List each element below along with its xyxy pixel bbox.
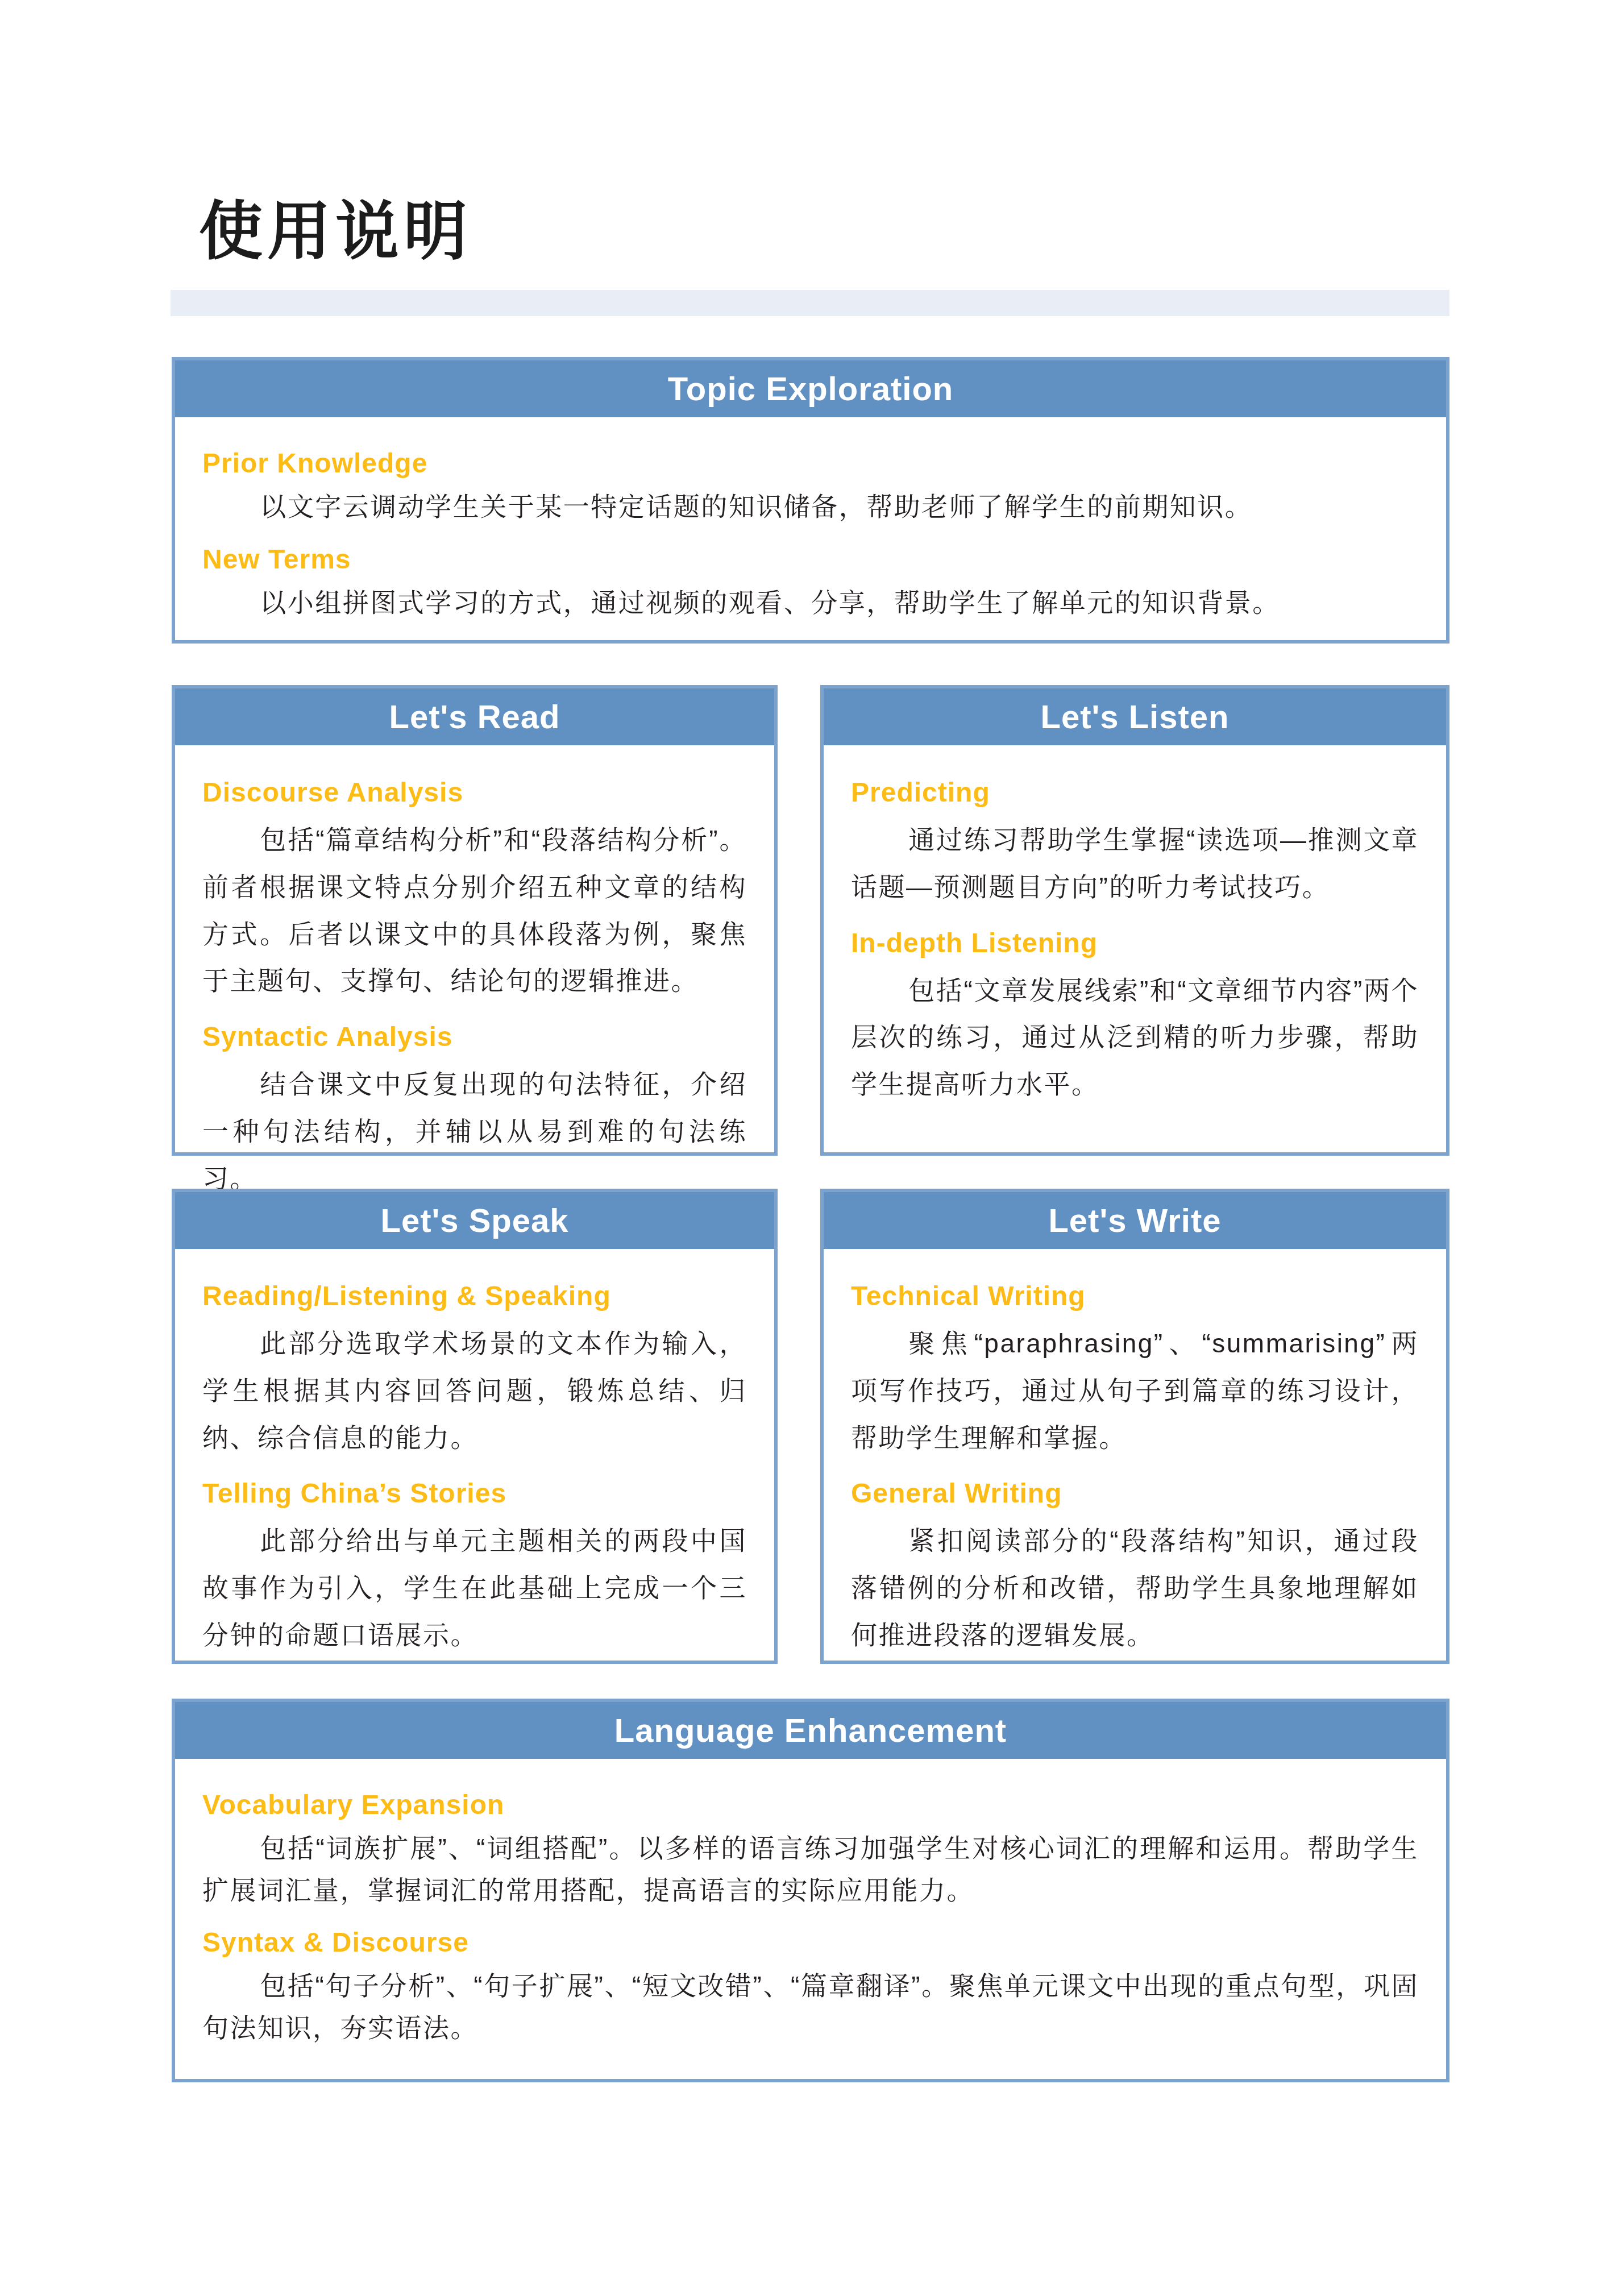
- subsection-heading: Syntax & Discourse: [202, 1927, 1419, 1958]
- subsection-heading: Predicting: [851, 777, 1419, 808]
- subsection-paragraph: 此部分选取学术场景的文本作为输入，学生根据其内容回答问题，锻炼总结、归纳、综合信…: [202, 1320, 747, 1461]
- subsection-heading: Reading/Listening & Speaking: [202, 1281, 747, 1312]
- subsection-heading: Discourse Analysis: [202, 777, 747, 808]
- box-header: Let's Speak: [175, 1192, 774, 1249]
- section-box-lets-read: Let's Read Discourse Analysis 包括“篇章结构分析”…: [172, 685, 778, 1156]
- box-title: Let's Read: [389, 698, 560, 736]
- box-title: Let's Write: [1048, 1202, 1221, 1240]
- subsection-paragraph: 结合课文中反复出现的句法特征，介绍一种句法结构，并辅以从易到难的句法练习。: [202, 1061, 747, 1202]
- section-box-lets-speak: Let's Speak Reading/Listening & Speaking…: [172, 1189, 778, 1664]
- box-body: Predicting 通过练习帮助学生掌握“读选项—推测文章话题—预测题目方向”…: [824, 745, 1446, 1108]
- subsection-heading: Prior Knowledge: [202, 448, 1419, 479]
- box-title: Language Enhancement: [614, 1712, 1007, 1750]
- box-body: Prior Knowledge 以文字云调动学生关于某一特定话题的知识储备，帮助…: [175, 417, 1446, 624]
- box-header: Let's Write: [824, 1192, 1446, 1249]
- section-box-topic-exploration: Topic Exploration Prior Knowledge 以文字云调动…: [172, 357, 1449, 644]
- subsection-heading: Vocabulary Expansion: [202, 1790, 1419, 1821]
- subsection-paragraph: 包括“文章发展线索”和“文章细节内容”两个层次的练习，通过从泛到精的听力步骤，帮…: [851, 967, 1419, 1108]
- box-header: Language Enhancement: [175, 1702, 1446, 1759]
- box-body: Technical Writing 聚焦“paraphrasing”、“summ…: [824, 1249, 1446, 1659]
- subsection-paragraph: 包括“篇章结构分析”和“段落结构分析”。前者根据课文特点分别介绍五种文章的结构方…: [202, 816, 747, 1004]
- box-header: Let's Listen: [824, 688, 1446, 745]
- subsection-heading: Technical Writing: [851, 1281, 1419, 1312]
- subsection-heading: New Terms: [202, 544, 1419, 575]
- subsection-paragraph: 包括“句子分析”、“句子扩展”、“短文改错”、“篇章翻译”。聚焦单元课文中出现的…: [202, 1965, 1419, 2049]
- box-header: Let's Read: [175, 688, 774, 745]
- subsection-paragraph: 以小组拼图式学习的方式，通过视频的观看、分享，帮助学生了解单元的知识背景。: [202, 582, 1419, 624]
- section-box-lets-listen: Let's Listen Predicting 通过练习帮助学生掌握“读选项—推…: [820, 685, 1449, 1156]
- subsection-heading: Telling China’s Stories: [202, 1478, 747, 1509]
- subsection-paragraph: 包括“词族扩展”、“词组搭配”。以多样的语言练习加强学生对核心词汇的理解和运用。…: [202, 1828, 1419, 1911]
- title-underline-band: [171, 290, 1449, 316]
- page-title: 使用说明: [199, 181, 472, 272]
- section-box-language-enhancement: Language Enhancement Vocabulary Expansio…: [172, 1699, 1449, 2082]
- box-title: Topic Exploration: [668, 370, 954, 408]
- subsection-paragraph: 此部分给出与单元主题相关的两段中国故事作为引入，学生在此基础上完成一个三分钟的命…: [202, 1517, 747, 1658]
- section-box-lets-write: Let's Write Technical Writing 聚焦“paraphr…: [820, 1189, 1449, 1664]
- instruction-page: 使用说明 Topic Exploration Prior Knowledge 以…: [0, 0, 1624, 2283]
- subsection-heading: General Writing: [851, 1478, 1419, 1509]
- box-body: Vocabulary Expansion 包括“词族扩展”、“词组搭配”。以多样…: [175, 1759, 1446, 2049]
- subsection-paragraph: 聚焦“paraphrasing”、“summarising”两项写作技巧，通过从…: [851, 1320, 1419, 1461]
- box-body: Discourse Analysis 包括“篇章结构分析”和“段落结构分析”。前…: [175, 745, 774, 1202]
- subsection-paragraph: 通过练习帮助学生掌握“读选项—推测文章话题—预测题目方向”的听力考试技巧。: [851, 816, 1419, 911]
- subsection-heading: In-depth Listening: [851, 928, 1419, 959]
- box-title: Let's Listen: [1041, 698, 1230, 736]
- subsection-paragraph: 以文字云调动学生关于某一特定话题的知识储备，帮助老师了解学生的前期知识。: [202, 486, 1419, 528]
- box-body: Reading/Listening & Speaking 此部分选取学术场景的文…: [175, 1249, 774, 1659]
- box-title: Let's Speak: [380, 1202, 568, 1240]
- subsection-heading: Syntactic Analysis: [202, 1022, 747, 1053]
- box-header: Topic Exploration: [175, 360, 1446, 417]
- subsection-paragraph: 紧扣阅读部分的“段落结构”知识，通过段落错例的分析和改错，帮助学生具象地理解如何…: [851, 1517, 1419, 1658]
